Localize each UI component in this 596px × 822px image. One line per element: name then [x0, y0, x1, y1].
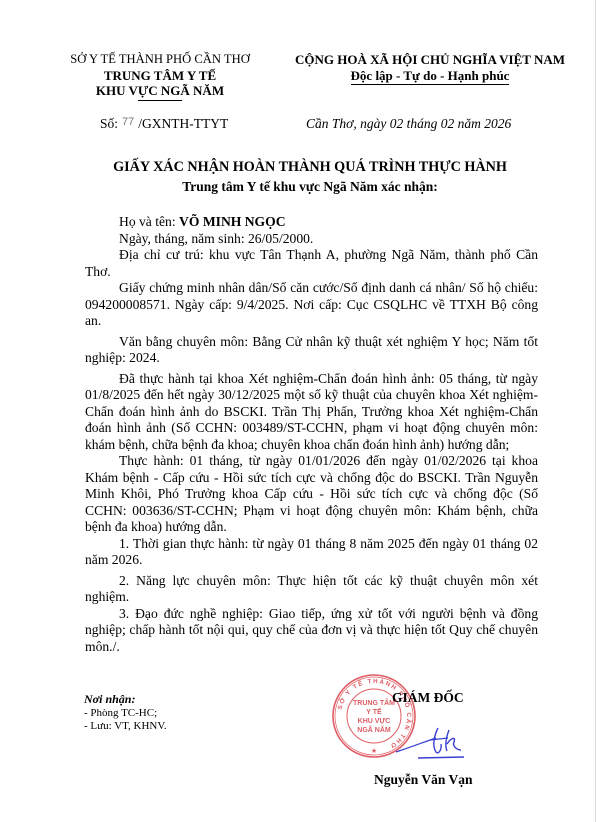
recipient-item: - Lưu: VT, KHNV.	[84, 720, 167, 734]
full-name-value: VÕ MINH NGỌC	[179, 214, 285, 229]
national-motto: Độc lập - Tự do - Hạnh phúc	[351, 69, 510, 85]
recipients-label: Nơi nhận:	[84, 693, 167, 707]
full-name-label: Họ và tên:	[119, 214, 179, 229]
recipients-block: Nơi nhận: - Phòng TC-HC; - Lưu: VT, KHNV…	[84, 693, 167, 734]
signer-name: Nguyễn Văn Vạn	[374, 772, 473, 788]
header-divider	[138, 100, 182, 101]
unit-name-line1: TRUNG TÂM Y TẾ	[60, 68, 260, 84]
seal-line-1: TRUNG TÂM	[353, 698, 395, 707]
identity-document: Giấy chứng minh nhân dân/Số căn cước/Số …	[85, 280, 538, 330]
document-subtitle: Trung tâm Y tế khu vực Ngã Năm xác nhận:	[80, 177, 540, 197]
signer-title: GIÁM ĐỐC	[392, 690, 464, 706]
seal-line-3: KHU VỰC	[358, 718, 391, 725]
date-of-birth: Ngày, tháng, năm sinh: 26/05/2000.	[85, 231, 538, 248]
unit-name-line2: KHU VỰC NGÃ NĂM	[60, 83, 260, 99]
issuing-agency-block: SỞ Y TẾ THÀNH PHỐ CẦN THƠ TRUNG TÂM Y TẾ…	[60, 52, 260, 101]
handwritten-signature-icon	[394, 722, 474, 762]
recipient-item: - Phòng TC-HC;	[84, 707, 167, 721]
doc-number-suffix: /GXNTH-TTYT	[138, 116, 228, 131]
practice-paragraph-1: Đã thực hành tại khoa Xét nghiệm-Chẩn đo…	[85, 371, 538, 454]
doc-number-value: 77	[122, 116, 134, 128]
professional-degree: Văn bằng chuyên môn: Bằng Cử nhân kỹ thu…	[85, 334, 538, 367]
document-number: Số:77/GXNTH-TTYT	[100, 116, 228, 132]
seal-line-4: NGÃ NĂM	[357, 725, 391, 734]
item-ethics: 3. Đạo đức nghề nghiệp: Giao tiếp, ứng x…	[85, 606, 538, 656]
seal-star-icon: ★	[371, 747, 377, 755]
national-title-block: CỘNG HOÀ XÃ HỘI CHỦ NGHĨA VIỆT NAM Độc l…	[282, 52, 578, 85]
full-name-line: Họ và tên: VÕ MINH NGỌC	[85, 214, 538, 231]
document-title: GIẤY XÁC NHẬN HOÀN THÀNH QUÁ TRÌNH THỰC …	[80, 157, 540, 177]
practice-paragraph-2: Thực hành: 01 tháng, từ ngày 01/01/2026 …	[85, 453, 538, 536]
item-competence: 2. Năng lực chuyên môn: Thực hiện tốt cá…	[85, 573, 538, 606]
seal-line-2: Y TẾ	[366, 706, 382, 716]
country-name: CỘNG HOÀ XÃ HỘI CHỦ NGHĨA VIỆT NAM	[282, 52, 578, 68]
residence-address: Địa chỉ cư trú: khu vực Tân Thạnh A, phư…	[85, 247, 538, 280]
place-and-date: Cần Thơ, ngày 02 tháng 02 năm 2026	[306, 116, 511, 132]
parent-agency: SỞ Y TẾ THÀNH PHỐ CẦN THƠ	[60, 52, 260, 68]
item-practice-period: 1. Thời gian thực hành: từ ngày 01 tháng…	[85, 536, 538, 569]
document-page: SỞ Y TẾ THÀNH PHỐ CẦN THƠ TRUNG TÂM Y TẾ…	[0, 0, 596, 822]
document-body: Họ và tên: VÕ MINH NGỌC Ngày, tháng, năm…	[85, 214, 538, 655]
doc-number-label: Số:	[100, 116, 118, 131]
